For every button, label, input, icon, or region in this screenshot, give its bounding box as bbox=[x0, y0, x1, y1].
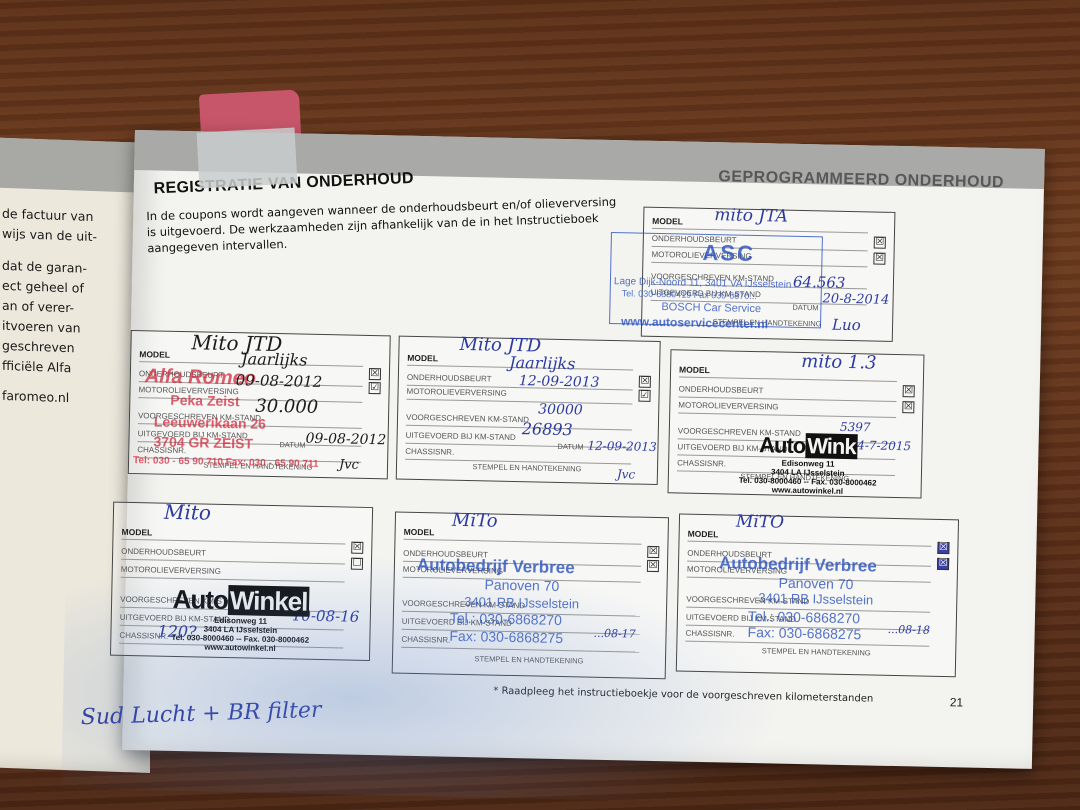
service-date-handwritten: 12-09-2013 bbox=[519, 373, 600, 391]
verbree-stamp-city: 3401 RB IJsselstein bbox=[758, 590, 873, 607]
model-label: MODEL bbox=[121, 527, 156, 538]
signature: Jvc bbox=[617, 467, 636, 481]
verbree-stamp-street: Panoven 70 bbox=[484, 576, 559, 594]
model-label: MODEL bbox=[688, 529, 723, 540]
model-handwritten: Mito bbox=[164, 500, 211, 525]
model-handwritten: MiTO bbox=[736, 512, 785, 533]
left-page-url: faromeo.nl bbox=[2, 388, 69, 405]
stamp-label: STEMPEL EN HANDTEKENING bbox=[393, 653, 665, 668]
right-page: GEPROGRAMMEERD ONDERHOUD REGISTRATIE VAN… bbox=[122, 130, 1045, 769]
oil-checkbox[interactable]: ☒ bbox=[937, 558, 949, 570]
verbree-stamp-fax: Fax: 030-6868275 bbox=[747, 624, 861, 642]
left-line: wijs van de uit- bbox=[2, 224, 97, 247]
dealer-stamp-city: 3704 GR ZEIST bbox=[153, 433, 253, 451]
coupon-3: MODEL ONDERHOUDSBEURT ☒ MOTOROLIEVERVERS… bbox=[668, 349, 925, 498]
date-label: DATUM bbox=[279, 440, 305, 450]
verbree-stamp-phone: Tel.: 030-6868270 bbox=[450, 610, 562, 628]
service-label: ONDERHOUDSBEURT bbox=[407, 373, 496, 384]
tape-strip bbox=[197, 127, 298, 188]
verbree-stamp-city: 3401 RB IJsselstein bbox=[464, 594, 579, 611]
service-label: ONDERHOUDSBEURT bbox=[679, 384, 768, 395]
note-handwritten: Jaarlijks bbox=[509, 353, 576, 373]
oil-checkbox[interactable]: ☐ bbox=[351, 558, 363, 570]
coupon-4: MODEL ONDERHOUDSBEURT ☒ MOTOROLIEVERVERS… bbox=[110, 502, 373, 661]
left-page-text: de factuur van wijs van de uit- dat de g… bbox=[2, 204, 97, 379]
service-checkbox[interactable]: ☒ bbox=[639, 376, 651, 388]
oil-checkbox[interactable]: ☒ bbox=[902, 401, 914, 413]
autowinkel-logo: AutoWinkel bbox=[172, 584, 309, 618]
footnote: * Raadpleeg het instructieboekje voor de… bbox=[493, 686, 873, 705]
date-handwritten: ...08-17 bbox=[593, 627, 635, 641]
done-km-label: UITGEVOERD BIJ KM-STAND bbox=[406, 431, 520, 442]
oil-checkbox[interactable]: ☒ bbox=[647, 560, 659, 572]
prescribed-km-handwritten: 5397 bbox=[840, 420, 871, 435]
prescribed-km-handwritten: 30000 bbox=[538, 402, 583, 419]
autowinkel-stamp: AutoWinkel Edisonweg 11 3404 LA IJsselst… bbox=[171, 584, 310, 654]
page-number: 21 bbox=[950, 695, 964, 709]
model-label: MODEL bbox=[652, 216, 687, 227]
autowinkel-logo: AutoWink bbox=[759, 432, 858, 460]
service-checkbox[interactable]: ☒ bbox=[369, 368, 381, 380]
section-intro: In de coupons wordt aangeven wanneer de … bbox=[146, 193, 627, 256]
oil-label: MOTOROLIEVERVERSING bbox=[678, 400, 782, 411]
model-handwritten: mito 1.3 bbox=[801, 351, 877, 374]
left-page-header-band bbox=[0, 137, 150, 193]
dealer-stamp-name: Peka Zeist bbox=[170, 392, 240, 409]
date-handwritten: 09-08-2012 bbox=[305, 431, 386, 449]
service-checkbox[interactable]: ☒ bbox=[647, 546, 659, 558]
date-handwritten: 20-8-2014 bbox=[822, 291, 889, 307]
model-label: MODEL bbox=[679, 364, 714, 375]
coupon-5: MODEL ONDERHOUDSBEURT ☒ MOTOROLIEVERVERS… bbox=[392, 512, 669, 680]
verbree-stamp-fax: Fax: 030-6868275 bbox=[449, 628, 563, 646]
chassis-label: CHASSISNR. bbox=[685, 629, 738, 639]
done-km-handwritten: 26893 bbox=[522, 419, 573, 439]
signature: Jvc bbox=[339, 457, 359, 472]
autowinkel-stamp: AutoWink Edisonweg 11 3404 LA IJsselstei… bbox=[739, 432, 878, 497]
dealer-stamp-street: Leeuwerikaan 26 bbox=[154, 413, 266, 431]
date-label: DATUM bbox=[557, 442, 583, 452]
service-date-handwritten: 09-08-2012 bbox=[236, 371, 323, 391]
model-label: MODEL bbox=[407, 353, 442, 364]
left-line: fficiële Alfa bbox=[2, 356, 97, 379]
coupon-2: MODEL ONDERHOUDSBEURT ☒ MOTOROLIEVERVERS… bbox=[396, 336, 661, 485]
oil-label: MOTOROLIEVERVERSING bbox=[406, 387, 510, 398]
service-checkbox[interactable]: ☒ bbox=[937, 542, 949, 554]
prescribed-km-label: VOORGESCHREVEN KM-STAND bbox=[406, 413, 533, 425]
signature: Luo bbox=[832, 316, 861, 335]
service-label: ONDERHOUDSBEURT bbox=[121, 547, 210, 558]
oil-label: MOTOROLIEVERVERSING bbox=[121, 565, 225, 576]
oil-checkbox[interactable]: ☑ bbox=[638, 390, 650, 402]
service-checkbox[interactable]: ☒ bbox=[351, 542, 363, 554]
date-handwritten: 12-09-2013 bbox=[587, 439, 656, 454]
handwritten-text: Lucht + BR filter bbox=[131, 698, 322, 729]
prescribed-km-handwritten: 30.000 bbox=[255, 396, 318, 418]
verbree-stamp-name: Autobedrijf Verbree bbox=[417, 555, 575, 578]
asc-stamp-bosch: BOSCH Car Service bbox=[661, 301, 761, 315]
handwritten-prefix: Sud bbox=[80, 704, 124, 730]
model-label: MODEL bbox=[404, 527, 439, 538]
chassis-label: CHASSISNR. bbox=[401, 635, 454, 645]
service-checkbox[interactable]: ☒ bbox=[874, 236, 886, 248]
verbree-stamp-name: Autobedrijf Verbree bbox=[719, 553, 877, 576]
chassis-label: CHASSISNR. bbox=[677, 458, 730, 468]
coupon-6: MODEL ONDERHOUDSBEURT ☒ MOTOROLIEVERVERS… bbox=[676, 513, 959, 677]
asc-stamp-logo: ASC bbox=[702, 240, 755, 267]
chassis-label: CHASSISNR. bbox=[405, 447, 458, 457]
model-label: MODEL bbox=[139, 349, 174, 360]
coupon-1: MODEL ONDERHOUDSBEURT ☒ MOTOROLIEVERVERS… bbox=[128, 330, 391, 479]
note-handwritten: Jaarlijks bbox=[241, 349, 308, 369]
verbree-stamp-street: Panoven 70 bbox=[778, 575, 853, 593]
model-handwritten: mito JTA bbox=[714, 205, 788, 227]
service-checkbox[interactable]: ☒ bbox=[903, 385, 915, 397]
oil-checkbox[interactable]: ☒ bbox=[873, 252, 885, 264]
oil-checkbox[interactable]: ☑ bbox=[369, 382, 381, 394]
model-handwritten: MiTo bbox=[452, 510, 498, 532]
stamp-label: STEMPEL EN HANDTEKENING bbox=[677, 644, 955, 659]
date-handwritten: ...08-18 bbox=[888, 623, 930, 637]
